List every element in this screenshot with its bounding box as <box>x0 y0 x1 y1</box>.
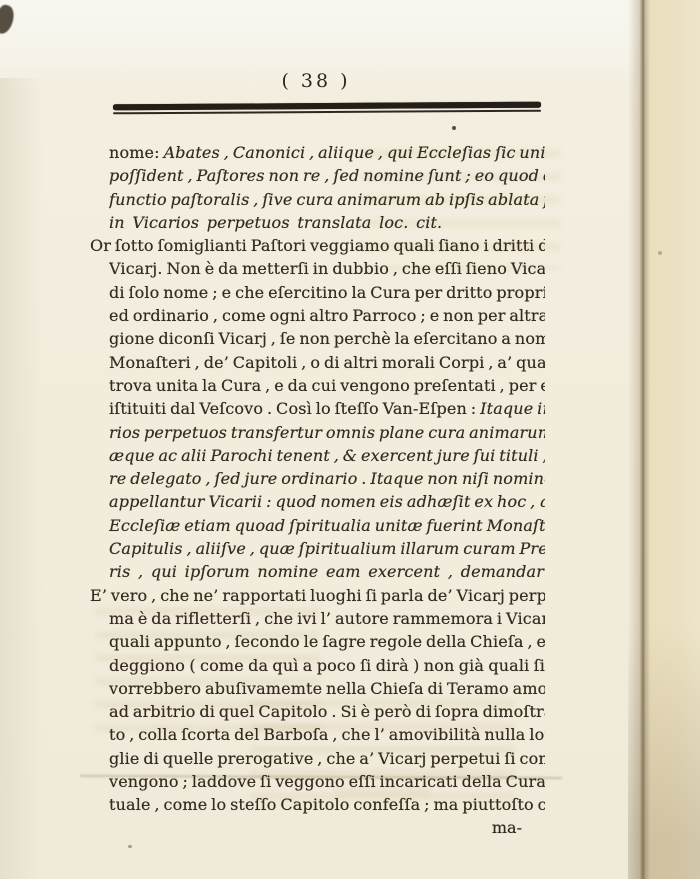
text-line: ma è da rifletterſi , che ivi l’ autore … <box>109 607 545 630</box>
text-segment: ad arbitrio di quel Capitolo . Si è però… <box>109 702 545 721</box>
text-segment: iſtituiti dal Veſcovo . Così lo ſteſſo V… <box>109 399 480 418</box>
text-line: vengono ; laddove ſi veggono eſſi incari… <box>109 770 545 793</box>
text-line: E’ vero , che ne’ rapportati luoghi ſi p… <box>90 584 545 607</box>
text-segment: Eccleſiæ etiam quoad ſpiritualia unitæ f… <box>109 516 545 535</box>
text-segment: quali appunto , ſecondo le ſagre regole … <box>109 632 545 651</box>
text-segment: rios perpetuos transfertur omnis plane c… <box>109 423 545 442</box>
text-line: rios perpetuos transfertur omnis plane c… <box>109 421 545 444</box>
text-line: glie di quelle prerogative , che a’ Vica… <box>109 747 545 770</box>
header-rule-thin <box>113 110 541 115</box>
text-line: ris , qui ipſorum nomine eam exercent , … <box>109 560 545 583</box>
text-line: vorrebbero abuſivamemte nella Chieſa di … <box>109 677 545 700</box>
text-line: iſtituiti dal Veſcovo . Così lo ſteſſo V… <box>109 397 545 420</box>
text-segment: to , colla ſcorta del Barboſa , che l’ a… <box>109 725 545 744</box>
text-segment: tuale , come lo steſſo Capitolo confeſſa… <box>109 795 545 814</box>
text-line: Vicarj. Non è da metterſi in dubbio , ch… <box>109 257 545 280</box>
header-rule <box>113 102 541 115</box>
text-line: æque ac alii Parochi tenent , & exercent… <box>109 444 545 467</box>
text-segment: re delegato , ſed jure ordinario . Itaqu… <box>109 469 545 488</box>
paragraph: Or ſotto ſomiglianti Paſtori veggiamo qu… <box>90 234 545 583</box>
text-line: gione diconſi Vicarj , ſe non perchè la … <box>109 327 545 350</box>
text-line: ed ordinario , come ogni altro Parroco ;… <box>109 304 545 327</box>
text-column: nome: Abates , Canonici , aliique , qui … <box>90 141 545 817</box>
text-segment: di ſolo nome ; e che eſercitino la Cura … <box>109 283 545 302</box>
text-segment: Capitulis , aliiſve , quæ ſpiritualium i… <box>109 539 545 558</box>
text-segment: Abates , Canonici , aliique , qui Eccleſ… <box>164 143 545 162</box>
text-segment: trova unita la Cura , e da cui vengono p… <box>109 376 545 395</box>
text-segment: deggiono ( come da quì a poco ſi dirà ) … <box>109 656 545 675</box>
catchword: ma- <box>100 818 522 837</box>
ink-speck <box>658 251 662 255</box>
text-line: trova unita la Cura , e da cui vengono p… <box>109 374 545 397</box>
paragraph: nome: Abates , Canonici , aliique , qui … <box>90 141 545 234</box>
text-segment: E’ vero , che ne’ rapportati luoghi ſi p… <box>90 586 545 605</box>
text-line: quali appunto , ſecondo le ſagre regole … <box>109 630 545 653</box>
text-line: Monaſteri , de’ Capitoli , o di altri mo… <box>109 351 545 374</box>
paragraph: E’ vero , che ne’ rapportati luoghi ſi p… <box>90 584 545 817</box>
text-line: nome: Abates , Canonici , aliique , qui … <box>109 141 545 164</box>
text-segment: ma è da rifletterſi , che ivi l’ autore … <box>109 609 545 628</box>
text-line: deggiono ( come da quì a poco ſi dirà ) … <box>109 654 545 677</box>
text-segment: Monaſteri , de’ Capitoli , o di altri mo… <box>109 353 545 372</box>
text-line: tuale , come lo steſſo Capitolo confeſſa… <box>109 793 545 816</box>
ink-speck <box>452 126 456 130</box>
text-line: ad arbitrio di quel Capitolo . Si è però… <box>109 700 545 723</box>
text-segment: æque ac alii Parochi tenent , & exercent… <box>109 446 545 465</box>
text-segment: nome: <box>109 143 164 162</box>
text-line: re delegato , ſed jure ordinario . Itaqu… <box>109 467 545 490</box>
text-segment: poſſident , Paſtores non re , ſed nomine… <box>109 166 545 185</box>
text-segment: gione diconſi Vicarj , ſe non perchè la … <box>109 329 545 348</box>
text-line: to , colla ſcorta del Barboſa , che l’ a… <box>109 723 545 746</box>
text-segment: appellantur Vicarii : quod nomen eis adh… <box>109 492 545 511</box>
text-line: poſſident , Paſtores non re , ſed nomine… <box>109 164 545 187</box>
text-line: Capitulis , aliiſve , quæ ſpiritualium i… <box>109 537 545 560</box>
text-segment: vengono ; laddove ſi veggono eſſi incari… <box>109 772 545 791</box>
scanned-page: ( 38 ) nome: Abates , Canonici , aliique… <box>0 0 700 879</box>
text-segment: Vicarj. Non è da metterſi in dubbio , ch… <box>109 259 545 278</box>
text-line: Eccleſiæ etiam quoad ſpiritualia unitæ f… <box>109 514 545 537</box>
text-line: appellantur Vicarii : quod nomen eis adh… <box>109 490 545 513</box>
text-segment: glie di quelle prerogative , che a’ Vica… <box>109 749 545 768</box>
text-line: di ſolo nome ; e che eſercitino la Cura … <box>109 281 545 304</box>
paper-left-shading <box>0 78 48 879</box>
text-line: functio paſtoralis , ſive cura animarum … <box>109 188 545 211</box>
binding-fold-shadow <box>628 620 700 879</box>
header-rule-thick <box>113 102 541 111</box>
text-segment: ed ordinario , come ogni altro Parroco ;… <box>109 306 545 325</box>
ink-speck <box>128 845 132 848</box>
text-segment: Itaque in Vica- <box>480 399 545 418</box>
text-segment: in Vicarios perpetuos translata loc. cit… <box>109 213 442 232</box>
text-line: Or ſotto ſomiglianti Paſtori veggiamo qu… <box>90 234 545 257</box>
text-segment: Or ſotto ſomiglianti Paſtori veggiamo qu… <box>90 236 545 255</box>
text-line: in Vicarios perpetuos translata loc. cit… <box>109 211 545 234</box>
text-segment: functio paſtoralis , ſive cura animarum … <box>109 190 545 209</box>
text-segment: vorrebbero abuſivamemte nella Chieſa di … <box>109 679 545 698</box>
text-segment: ris , qui ipſorum nomine eam exercent , … <box>109 562 545 581</box>
page-number: ( 38 ) <box>100 70 532 92</box>
